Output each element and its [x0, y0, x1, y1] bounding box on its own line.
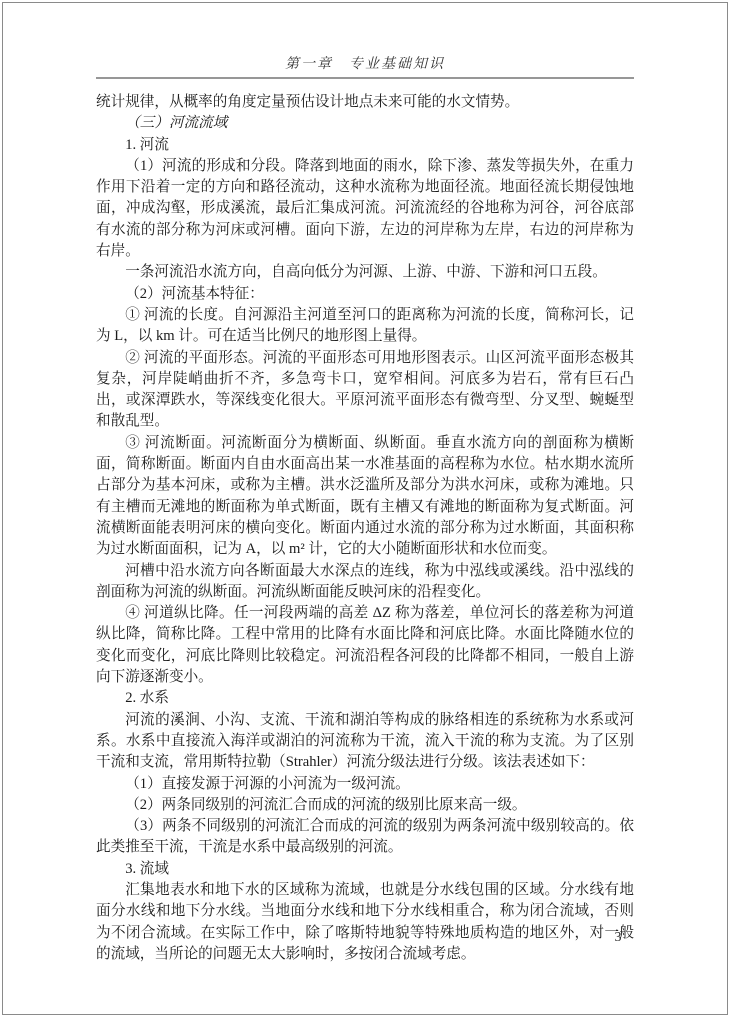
paragraph-longitudinal-slope: ④ 河道纵比降。任一河段两端的高差 ΔZ 称为落差，单位河长的落差称为河道纵比降…	[96, 603, 634, 688]
paragraph-river-characteristics: （2）河流基本特征：	[96, 284, 634, 305]
paragraph-continuation: 统计规律，从概率的角度定量预估设计地点未来可能的水文情势。	[96, 92, 634, 113]
paragraph-river-plan-form: ② 河流的平面形态。河流的平面形态可用地形图表示。山区河流平面形态极其复杂，河岸…	[96, 348, 634, 433]
heading-1-river: 1. 河流	[96, 135, 634, 156]
paragraph-strahler-rule-1: （1）直接发源于河源的小河流为一级河流。	[96, 774, 634, 795]
paragraph-river-sections: 一条河流沿水流方向，自高向低分为河源、上游、中游、下游和河口五段。	[96, 262, 634, 283]
page-number: 3	[608, 930, 628, 946]
paragraph-river-formation: （1）河流的形成和分段。降落到地面的雨水，除下渗、蒸发等损失外，在重力作用下沿着…	[96, 156, 634, 262]
section-heading-river-basin: （三）河流流域	[96, 113, 634, 134]
paragraph-strahler-rule-2: （2）两条同级别的河流汇合而成的河流的级别比原来高一级。	[96, 795, 634, 816]
running-head-chapter-title: 第一章 专业基础知识	[96, 53, 634, 73]
body-text: 统计规律，从概率的角度定量预估设计地点未来可能的水文情势。（三）河流流域1. 河…	[96, 92, 634, 965]
paragraph-water-system: 河流的溪涧、小沟、支流、干流和湖泊等构成的脉络相连的系统称为水系或河系。水系中直…	[96, 710, 634, 774]
paragraph-drainage-basin: 汇集地表水和地下水的区域称为流域，也就是分水线包围的区域。分水线有地面分水线和地…	[96, 880, 634, 965]
book-page: 第一章 专业基础知识 统计规律，从概率的角度定量预估设计地点未来可能的水文情势。…	[0, 0, 730, 1017]
paragraph-river-length: ① 河流的长度。自河源沿主河道至河口的距离称为河流的长度，简称河长，记为 L，以…	[96, 305, 634, 348]
heading-2-water-system: 2. 水系	[96, 688, 634, 709]
paragraph-strahler-rule-3: （3）两条不同级别的河流汇合而成的河流的级别为两条河流中级别较高的。依此类推至干…	[96, 816, 634, 859]
heading-3-drainage-basin: 3. 流域	[96, 859, 634, 880]
header-rule	[96, 77, 634, 79]
paragraph-river-cross-section: ③ 河流断面。河流断面分为横断面、纵断面。垂直水流方向的剖面称为横断面，简称断面…	[96, 433, 634, 561]
paragraph-thalweg: 河槽中沿水流方向各断面最大水深点的连线，称为中泓线或溪线。沿中泓线的剖面称为河流…	[96, 561, 634, 604]
